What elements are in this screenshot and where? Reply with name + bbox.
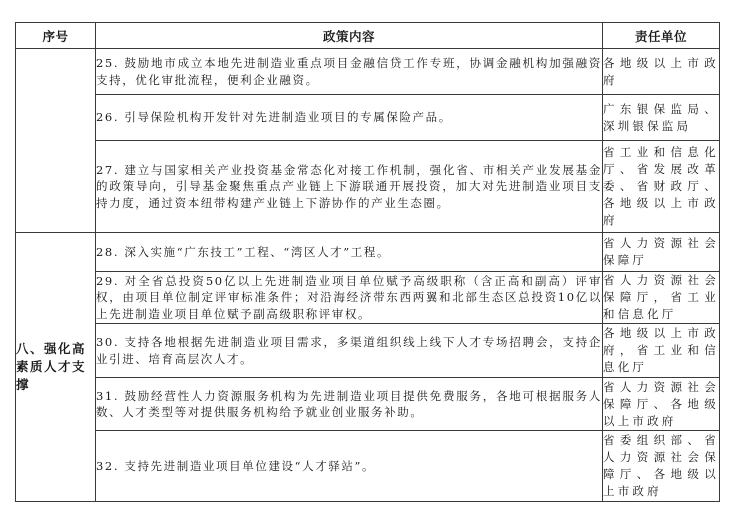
policy-content: 28. 深入实施“广东技工”工程、“湾区人才”工程。 xyxy=(96,233,603,272)
header-row: 序号 政策内容 责任单位 xyxy=(16,23,720,49)
table-row: 27. 建立与国家相关产业投资基金常态化对接工作机制，强化省、市相关产业发展基金… xyxy=(16,141,720,233)
category-cell xyxy=(16,49,96,233)
policy-content: 26. 引导保险机构开发针对先进制造业项目的专属保险产品。 xyxy=(96,95,603,141)
table-row: 26. 引导保险机构开发针对先进制造业项目的专属保险产品。 广东银保监局、深圳银… xyxy=(16,95,720,141)
category-cell: 八、强化高素质人才支撑 xyxy=(16,233,96,502)
policy-content: 27. 建立与国家相关产业投资基金常态化对接工作机制，强化省、市相关产业发展基金… xyxy=(96,141,603,233)
policy-content: 32. 支持先进制造业项目单位建设“人才驿站”。 xyxy=(96,431,603,502)
responsible-unit: 省人力资源社会保障厅、各地级以上市政府 xyxy=(603,378,720,431)
table-row: 29. 对全省总投资50亿以上先进制造业项目单位赋予高级职称（含正高和副高）评审… xyxy=(16,272,720,324)
table-row: 32. 支持先进制造业项目单位建设“人才驿站”。 省委组织部、省人力资源社会保障… xyxy=(16,431,720,502)
responsible-unit: 省人力资源社会保障厅 xyxy=(603,233,720,272)
responsible-unit: 省委组织部、省人力资源社会保障厅、各地级以上市政府 xyxy=(603,431,720,502)
header-index: 序号 xyxy=(16,23,96,49)
policy-content: 29. 对全省总投资50亿以上先进制造业项目单位赋予高级职称（含正高和副高）评审… xyxy=(96,272,603,324)
responsible-unit: 各地级以上市政府，省工业和信息化厅 xyxy=(603,324,720,378)
policy-table: 序号 政策内容 责任单位 25. 鼓励地市成立本地先进制造业重点项目金融信贷工作… xyxy=(15,22,720,502)
policy-content: 25. 鼓励地市成立本地先进制造业重点项目金融信贷工作专班，协调金融机构加强融资… xyxy=(96,49,603,95)
table-row: 八、强化高素质人才支撑 28. 深入实施“广东技工”工程、“湾区人才”工程。 省… xyxy=(16,233,720,272)
responsible-unit: 省人力资源社会保障厅，省工业和信息化厅 xyxy=(603,272,720,324)
policy-content: 31. 鼓励经营性人力资源服务机构为先进制造业项目提供免费服务，各地可根据服务人… xyxy=(96,378,603,431)
header-content: 政策内容 xyxy=(96,23,603,49)
table-row: 31. 鼓励经营性人力资源服务机构为先进制造业项目提供免费服务，各地可根据服务人… xyxy=(16,378,720,431)
responsible-unit: 省工业和信息化厅、省发展改革委、省财政厅、各地级以上市政府 xyxy=(603,141,720,233)
table-row: 30. 支持各地根据先进制造业项目需求，多渠道组织线上线下人才专场招聘会，支持企… xyxy=(16,324,720,378)
responsible-unit: 各地级以上市政府 xyxy=(603,49,720,95)
header-unit: 责任单位 xyxy=(603,23,720,49)
table-row: 25. 鼓励地市成立本地先进制造业重点项目金融信贷工作专班，协调金融机构加强融资… xyxy=(16,49,720,95)
policy-content: 30. 支持各地根据先进制造业项目需求，多渠道组织线上线下人才专场招聘会，支持企… xyxy=(96,324,603,378)
responsible-unit: 广东银保监局、深圳银保监局 xyxy=(603,95,720,141)
